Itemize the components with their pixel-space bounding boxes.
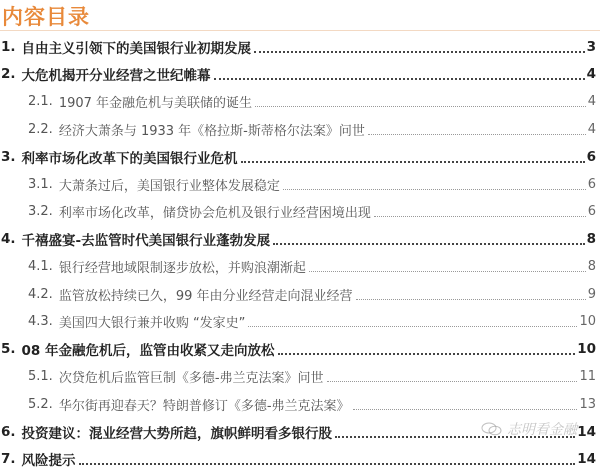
toc-entry-page: 14 [577,424,600,440]
toc-entry-page: 10 [577,341,600,357]
toc-entry-number: 3. [1,149,16,165]
toc-entry-number: 3.1. [28,177,53,192]
toc-entry-5[interactable]: 5. 08 年金融危机后，监管由收紧又走向放松 10 [0,336,600,364]
dot-leader [283,189,586,190]
dot-leader [254,51,585,53]
toc-entry-text: 次贷危机后监管巨制《多德-弗兰克法案》问世 [59,367,324,386]
toc-entry-page: 6 [588,204,600,219]
dot-leader [255,106,586,107]
dot-leader [368,134,586,135]
toc-entry-text: 千禧盛宴-去监管时代美国银行业蓬勃发展 [22,229,271,249]
toc-entry-2[interactable]: 2. 大危机揭开分业经营之世纪帷幕 4 [0,61,600,89]
toc-entry-page: 8 [588,259,600,274]
toc-entry-page: 4 [588,122,600,137]
dot-leader [374,216,586,217]
toc-entry-number: 6. [1,424,16,440]
dot-leader [309,271,586,272]
toc-entry-number: 3.2. [28,204,53,219]
toc-entry-number: 5. [1,341,16,357]
toc-title: 内容目录 [2,1,90,31]
toc-entry-page: 4 [587,66,600,82]
table-of-contents: 1. 自由主义引领下的美国银行业初期发展 3 2. 大危机揭开分业经营之世纪帷幕… [0,33,600,469]
toc-entry-text: 利率市场化改革下的美国银行业危机 [22,147,238,167]
toc-entry-1[interactable]: 1. 自由主义引领下的美国银行业初期发展 3 [0,33,600,61]
toc-entry-4-3[interactable]: 4.3. 美国四大银行兼并收购 “发家史” 10 [0,308,600,336]
toc-entry-page: 10 [579,314,600,329]
toc-entry-2-1[interactable]: 2.1. 1907 年金融危机与美联储的诞生 4 [0,88,600,116]
toc-entry-number: 4.1. [28,259,53,274]
toc-entry-text: 1907 年金融危机与美联储的诞生 [59,92,252,111]
toc-entry-page: 6 [587,149,600,165]
toc-entry-text: 投资建议：混业经营大势所趋，旗帜鲜明看多银行股 [22,422,333,442]
toc-entry-text: 大危机揭开分业经营之世纪帷幕 [22,64,211,84]
toc-entry-page: 9 [588,287,600,302]
toc-entry-text: 监管放松持续已久，99 年由分业经营走向混业经营 [59,285,353,304]
dot-leader [356,299,586,300]
toc-entry-3-1[interactable]: 3.1. 大萧条过后，美国银行业整体发展稳定 6 [0,171,600,199]
toc-entry-page: 3 [587,39,600,55]
toc-entry-number: 1. [1,39,16,55]
toc-entry-5-2[interactable]: 5.2. 华尔街再迎春天？特朗普修订《多德-弗兰克法案》 13 [0,391,600,419]
toc-entry-page: 6 [588,177,600,192]
toc-entry-page: 8 [587,231,600,247]
watermark: 志明看金融 [481,419,577,439]
toc-entry-number: 2.2. [28,122,53,137]
toc-entry-text: 经济大萧条与 1933 年《格拉斯-斯蒂格尔法案》问世 [59,120,365,139]
toc-entry-text: 自由主义引领下的美国银行业初期发展 [22,37,252,57]
toc-entry-text: 华尔街再迎春天？特朗普修订《多德-弗兰克法案》 [59,395,350,414]
toc-entry-text: 利率市场化改革，储贷协会危机及银行业经营困境出现 [59,202,371,221]
dot-leader [214,78,585,80]
wechat-icon [481,422,503,436]
toc-entry-page: 4 [588,94,600,109]
toc-entry-4[interactable]: 4. 千禧盛宴-去监管时代美国银行业蓬勃发展 8 [0,226,600,254]
toc-entry-page: 14 [577,451,600,467]
toc-entry-page: 13 [579,397,600,412]
toc-entry-number: 2. [1,66,16,82]
watermark-text: 志明看金融 [507,419,577,439]
dot-leader [353,409,578,410]
toc-entry-text: 风险提示 [22,449,76,469]
toc-entry-number: 2.1. [28,94,53,109]
title-divider [0,30,600,31]
toc-entry-4-2[interactable]: 4.2. 监管放松持续已久，99 年由分业经营走向混业经营 9 [0,281,600,309]
dot-leader [327,381,578,382]
toc-entry-number: 4.3. [28,314,53,329]
toc-entry-text: 大萧条过后，美国银行业整体发展稳定 [59,175,280,194]
dot-leader [273,243,584,245]
dot-leader [79,463,576,465]
toc-entry-5-1[interactable]: 5.1. 次贷危机后监管巨制《多德-弗兰克法案》问世 11 [0,363,600,391]
toc-entry-text: 银行经营地域限制逐步放松，并购浪潮渐起 [59,257,306,276]
toc-entry-number: 5.1. [28,369,53,384]
dot-leader [248,326,577,327]
toc-entry-3[interactable]: 3. 利率市场化改革下的美国银行业危机 6 [0,143,600,171]
toc-entry-3-2[interactable]: 3.2. 利率市场化改革，储贷协会危机及银行业经营困境出现 6 [0,198,600,226]
toc-entry-number: 4. [1,231,16,247]
toc-entry-7[interactable]: 7. 风险提示 14 [0,446,600,469]
toc-entry-text: 美国四大银行兼并收购 “发家史” [59,312,246,331]
toc-entry-number: 4.2. [28,287,53,302]
toc-entry-page: 11 [579,369,600,384]
toc-entry-4-1[interactable]: 4.1. 银行经营地域限制逐步放松，并购浪潮渐起 8 [0,253,600,281]
toc-entry-text: 08 年金融危机后，监管由收紧又走向放松 [22,339,275,359]
toc-entry-2-2[interactable]: 2.2. 经济大萧条与 1933 年《格拉斯-斯蒂格尔法案》问世 4 [0,116,600,144]
toc-entry-number: 5.2. [28,397,53,412]
dot-leader [278,353,576,355]
toc-entry-number: 7. [1,451,16,467]
dot-leader [241,161,585,163]
